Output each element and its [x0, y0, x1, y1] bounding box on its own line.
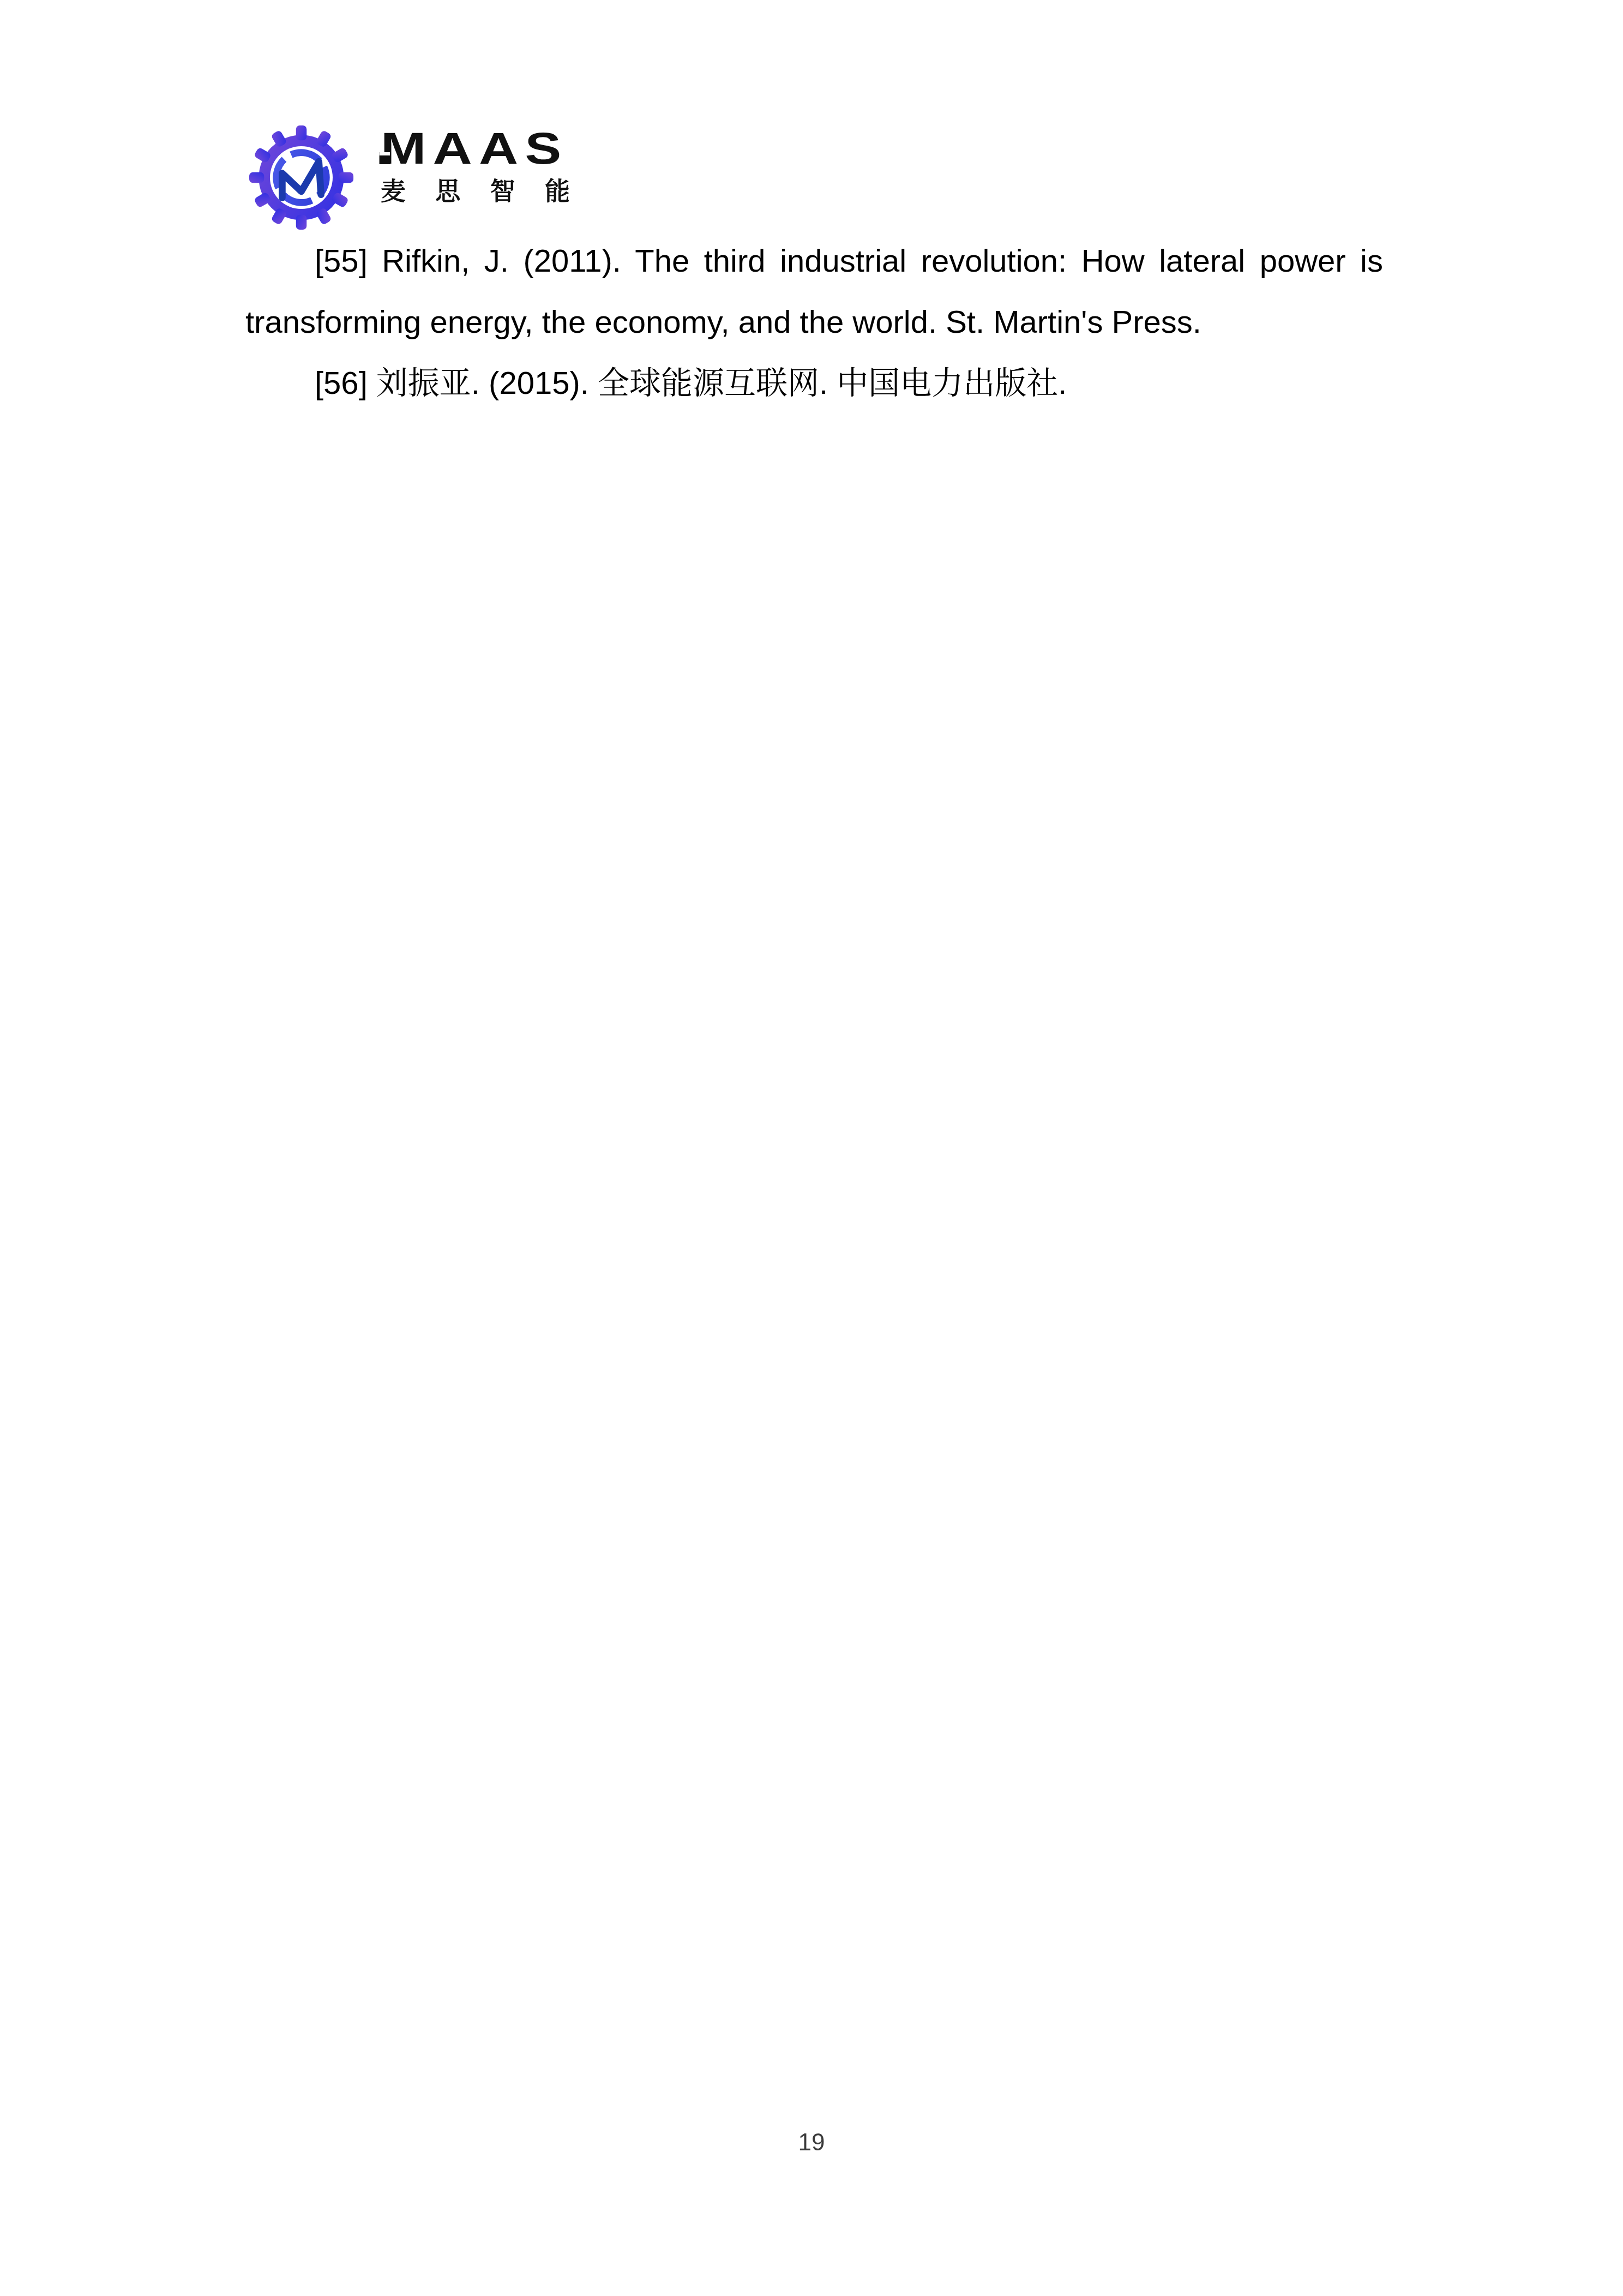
reference-entry-56: [56] 刘振亚. (2015). 全球能源互联网. 中国电力出版社.	[245, 353, 1383, 414]
gear-m-monogram-icon	[248, 124, 354, 231]
maas-wordmark: MAAS	[381, 127, 568, 171]
maas-gear-logo-icon	[248, 124, 354, 231]
logo-subtitle-char: 思	[435, 178, 460, 204]
page-number: 19	[0, 2131, 1623, 2155]
wordmark-notch-decoration	[380, 152, 390, 164]
wordmark-text: MAAS	[381, 124, 568, 173]
logo-subtitle-char: 智	[490, 178, 515, 204]
logo-subtitle: 麦 思 智 能	[381, 178, 570, 204]
reference-entry-55: [55] Rifkin, J. (2011). The third indust…	[245, 231, 1383, 353]
logo-subtitle-char: 能	[545, 178, 570, 204]
document-page: MAAS 麦 思 智 能 [55] Rifkin, J. (2011). The…	[0, 0, 1623, 2296]
logo-subtitle-char: 麦	[381, 178, 406, 204]
references-section: [55] Rifkin, J. (2011). The third indust…	[245, 231, 1383, 414]
